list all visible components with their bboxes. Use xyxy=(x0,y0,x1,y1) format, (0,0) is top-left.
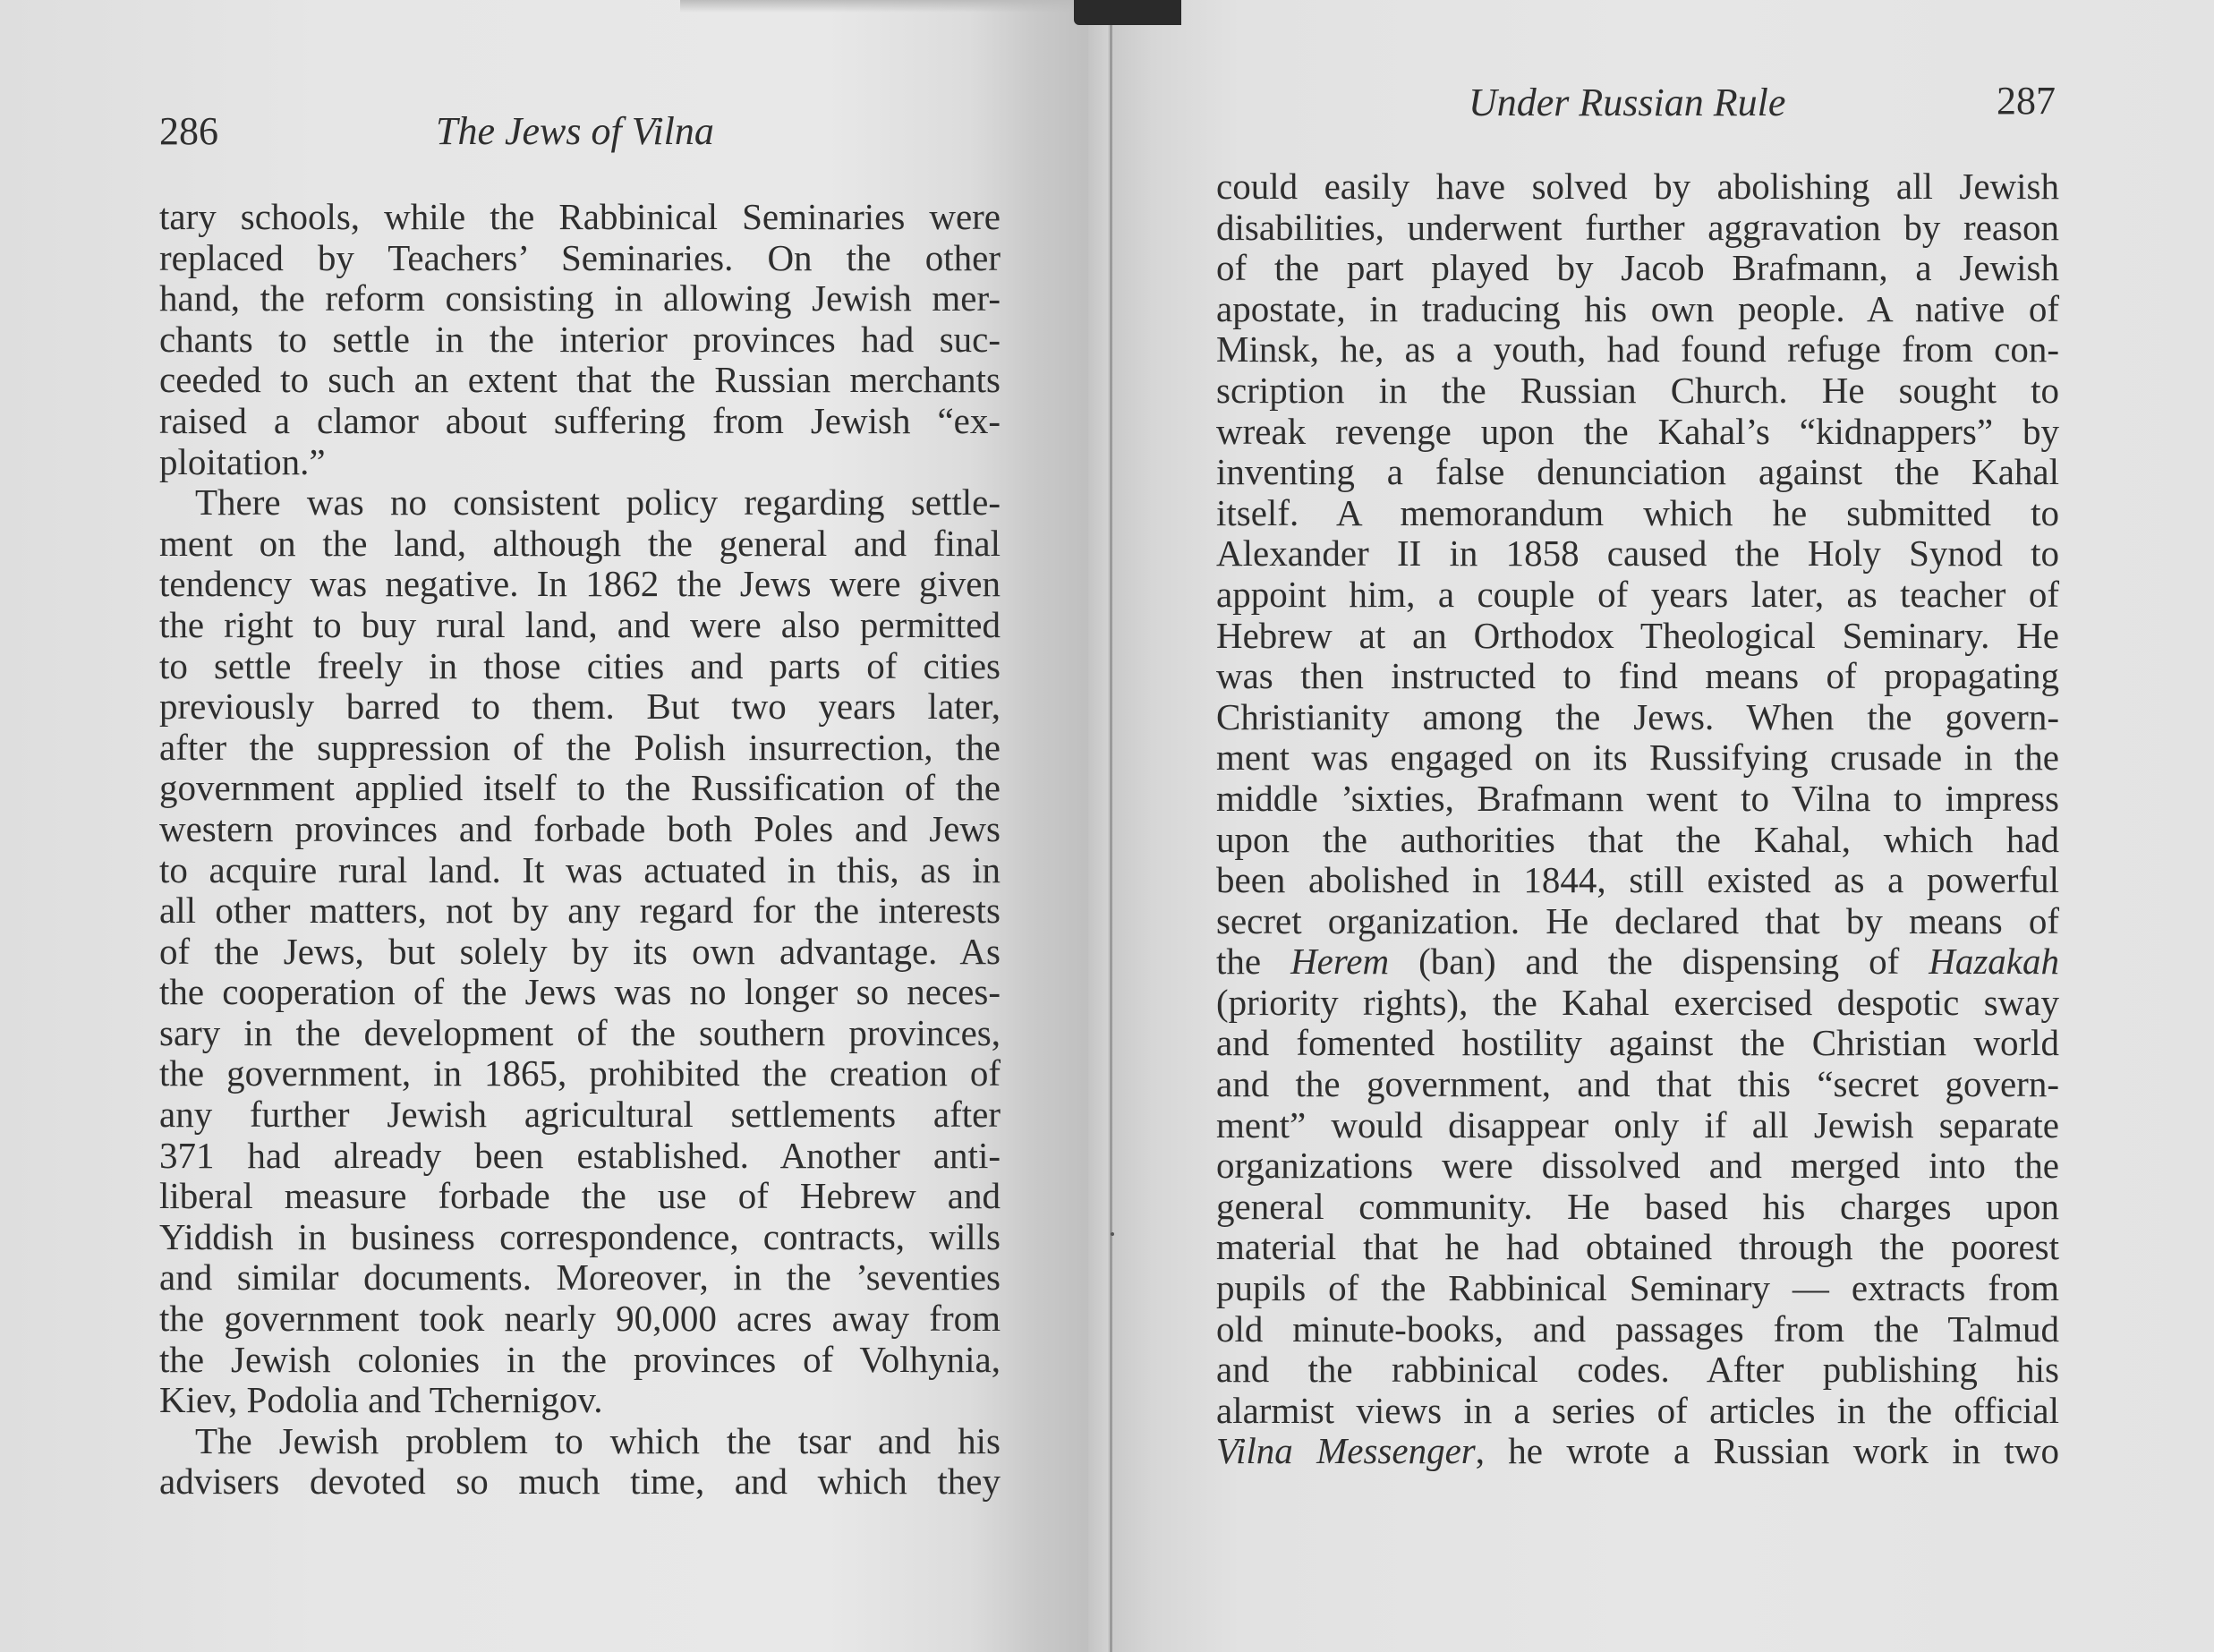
line-text: and fomented hostility against the Chris… xyxy=(1216,1022,2059,1063)
text-line: upon the authorities that the Kahal, whi… xyxy=(1216,820,2059,861)
text-line: ceeded to such an extent that the Russia… xyxy=(159,360,1001,401)
line-text: after the suppression of the Polish insu… xyxy=(159,727,1001,768)
line-text: (ban) and the dispensing of xyxy=(1389,941,1929,982)
right-body-text: could easily have solved by abolishing a… xyxy=(1216,166,2059,1472)
text-line: after the suppression of the Polish insu… xyxy=(159,728,1001,769)
line-text: appoint him, a couple of years later, as… xyxy=(1216,574,2059,615)
line-text: upon the authorities that the Kahal, whi… xyxy=(1216,819,2059,860)
line-text: Yiddish in business correspondence, cont… xyxy=(159,1216,1001,1257)
text-line: all other matters, not by any regard for… xyxy=(159,890,1001,932)
text-line: the right to buy rural land, and were al… xyxy=(159,605,1001,646)
line-text: of the part played by Jacob Brafmann, a … xyxy=(1216,247,2059,288)
line-text: ment on the land, although the general a… xyxy=(159,523,1001,564)
text-line: appoint him, a couple of years later, as… xyxy=(1216,575,2059,616)
text-line: disabilities, underwent further aggravat… xyxy=(1216,208,2059,249)
line-text: material that he had obtained through th… xyxy=(1216,1226,2059,1267)
line-text: secret organization. He declared that by… xyxy=(1216,900,2059,941)
text-line: inventing a false denunciation against t… xyxy=(1216,452,2059,493)
line-text: was then instructed to find means of pro… xyxy=(1216,655,2059,696)
text-line: ploitation.” xyxy=(159,442,1001,483)
text-line: pupils of the Rabbinical Seminary — extr… xyxy=(1216,1268,2059,1309)
italic-term: Hazakah xyxy=(1929,941,2059,982)
text-line: government applied itself to the Russifi… xyxy=(159,768,1001,809)
line-text: and the rabbinical codes. After publishi… xyxy=(1216,1349,2059,1390)
text-line: any further Jewish agricultural settleme… xyxy=(159,1094,1001,1136)
chapter-title: Under Russian Rule xyxy=(1469,81,1785,124)
text-line: previously barred to them. But two years… xyxy=(159,686,1001,728)
line-text: , he wrote a Russian work in two xyxy=(1476,1430,2059,1471)
line-text: apostate, in traducing his own people. A… xyxy=(1216,288,2059,329)
line-text: tendency was negative. In 1862 the Jews … xyxy=(159,563,1001,604)
line-text: all other matters, not by any regard for… xyxy=(159,890,1001,931)
line-text: ment was engaged on its Russifying crusa… xyxy=(1216,737,2059,778)
cover-edge xyxy=(1074,0,1181,25)
line-text: the Jewish colonies in the provinces of … xyxy=(159,1339,1001,1380)
line-text: Hebrew at an Orthodox Theological Semina… xyxy=(1216,615,2059,656)
text-line: the Jewish colonies in the provinces of … xyxy=(159,1340,1001,1381)
line-text: the government, in 1865, prohibited the … xyxy=(159,1052,1001,1094)
line-text: general community. He based his charges … xyxy=(1216,1186,2059,1227)
line-text: to acquire rural land. It was actuated i… xyxy=(159,849,1001,890)
line-text: itself. A memorandum which he submitted … xyxy=(1216,492,2059,533)
text-line: hand, the reform consisting in allowing … xyxy=(159,278,1001,319)
line-text: and similar documents. Moreover, in the … xyxy=(159,1256,1001,1298)
italic-term: Herem xyxy=(1290,941,1389,982)
line-text: the cooperation of the Jews was no longe… xyxy=(159,971,1001,1012)
line-text: the xyxy=(1216,941,1290,982)
text-line: general community. He based his charges … xyxy=(1216,1187,2059,1228)
line-text: tary schools, while the Rabbinical Semin… xyxy=(159,196,1001,237)
line-text: There was no consistent policy regarding… xyxy=(195,481,1001,523)
text-line: ment” would disappear only if all Jewish… xyxy=(1216,1105,2059,1146)
line-text: any further Jewish agricultural settleme… xyxy=(159,1094,1001,1135)
left-page: 286 The Jews of Vilna tary schools, whil… xyxy=(0,0,1101,1652)
text-line: wreak revenge upon the Kahal’s “kidnappe… xyxy=(1216,412,2059,453)
text-line: of the Jews, but solely by its own advan… xyxy=(159,932,1001,973)
text-line: replaced by Teachers’ Seminaries. On the… xyxy=(159,238,1001,279)
line-text: alarmist views in a series of articles i… xyxy=(1216,1390,2059,1431)
text-line: to settle freely in those cities and par… xyxy=(159,646,1001,687)
line-text: organizations were dissolved and merged … xyxy=(1216,1145,2059,1186)
line-text: 371 had already been established. Anothe… xyxy=(159,1135,1001,1176)
text-line: of the part played by Jacob Brafmann, a … xyxy=(1216,248,2059,289)
text-line: ment on the land, although the general a… xyxy=(159,524,1001,565)
right-page: Under Russian Rule 287 could easily have… xyxy=(1108,0,2214,1652)
book-title: The Jews of Vilna xyxy=(436,109,714,153)
line-text: ment” would disappear only if all Jewish… xyxy=(1216,1104,2059,1145)
text-line: (priority rights), the Kahal exercised d… xyxy=(1216,983,2059,1024)
line-text: western provinces and forbade both Poles… xyxy=(159,808,1001,849)
page-top-shadow xyxy=(680,0,1092,13)
line-text: liberal measure forbade the use of Hebre… xyxy=(159,1175,1001,1216)
text-line: and fomented hostility against the Chris… xyxy=(1216,1023,2059,1064)
line-text: Christianity among the Jews. When the go… xyxy=(1216,696,2059,737)
left-page-number: 286 xyxy=(159,109,218,154)
line-text: the right to buy rural land, and were al… xyxy=(159,604,1001,645)
line-text: (priority rights), the Kahal exercised d… xyxy=(1216,982,2059,1023)
line-text: middle ’sixties, Brafmann went to Vilna … xyxy=(1216,778,2059,819)
line-text: ploitation.” xyxy=(159,441,326,482)
text-line: tendency was negative. In 1862 the Jews … xyxy=(159,564,1001,605)
text-line: and similar documents. Moreover, in the … xyxy=(159,1257,1001,1299)
text-line: secret organization. He declared that by… xyxy=(1216,901,2059,942)
text-line: the government, in 1865, prohibited the … xyxy=(159,1053,1001,1094)
text-line: organizations were dissolved and merged … xyxy=(1216,1145,2059,1187)
text-line: been abolished in 1844, still existed as… xyxy=(1216,860,2059,901)
line-text: ceeded to such an extent that the Russia… xyxy=(159,359,1001,400)
line-text: and the government, and that this “secre… xyxy=(1216,1063,2059,1104)
text-line: Yiddish in business correspondence, cont… xyxy=(159,1217,1001,1258)
line-text: sary in the development of the southern … xyxy=(159,1012,1001,1053)
line-text: inventing a false denunciation against t… xyxy=(1216,451,2059,492)
text-line: Kiev, Podolia and Tchernigov. xyxy=(159,1380,1001,1421)
text-line: the Herem (ban) and the dispensing of Ha… xyxy=(1216,941,2059,983)
left-running-title: The Jews of Vilna xyxy=(436,109,714,154)
text-line: material that he had obtained through th… xyxy=(1216,1227,2059,1268)
line-text: pupils of the Rabbinical Seminary — extr… xyxy=(1216,1267,2059,1308)
text-line: sary in the development of the southern … xyxy=(159,1013,1001,1054)
line-text: The Jewish problem to which the tsar and… xyxy=(195,1420,1001,1461)
text-line: was then instructed to find means of pro… xyxy=(1216,656,2059,697)
text-line: middle ’sixties, Brafmann went to Vilna … xyxy=(1216,779,2059,820)
paper-speck xyxy=(1111,1232,1114,1236)
line-text: previously barred to them. But two years… xyxy=(159,685,1001,727)
text-line: the government took nearly 90,000 acres … xyxy=(159,1299,1001,1340)
text-line: apostate, in traducing his own people. A… xyxy=(1216,289,2059,330)
text-line: to acquire rural land. It was actuated i… xyxy=(159,850,1001,891)
line-text: chants to settle in the interior provinc… xyxy=(159,319,1001,360)
text-line: The Jewish problem to which the tsar and… xyxy=(159,1421,1001,1462)
line-text: wreak revenge upon the Kahal’s “kidnappe… xyxy=(1216,411,2059,452)
italic-term: Vilna Messenger xyxy=(1216,1430,1476,1471)
text-line: raised a clamor about suffering from Jew… xyxy=(159,401,1001,442)
line-text: hand, the reform consisting in allowing … xyxy=(159,277,1001,319)
line-text: raised a clamor about suffering from Jew… xyxy=(159,400,1001,441)
text-line: scription in the Russian Church. He soug… xyxy=(1216,370,2059,412)
right-running-title: Under Russian Rule xyxy=(1469,81,1785,125)
line-text: the government took nearly 90,000 acres … xyxy=(159,1298,1001,1339)
text-line: could easily have solved by abolishing a… xyxy=(1216,166,2059,208)
text-line: Vilna Messenger, he wrote a Russian work… xyxy=(1216,1431,2059,1472)
line-text: replaced by Teachers’ Seminaries. On the… xyxy=(159,237,1001,278)
line-text: Kiev, Podolia and Tchernigov. xyxy=(159,1379,602,1420)
text-line: and the government, and that this “secre… xyxy=(1216,1064,2059,1105)
text-line: Minsk, he, as a youth, had found refuge … xyxy=(1216,329,2059,370)
text-line: alarmist views in a series of articles i… xyxy=(1216,1391,2059,1432)
text-line: and the rabbinical codes. After publishi… xyxy=(1216,1350,2059,1391)
line-text: government applied itself to the Russifi… xyxy=(159,767,1001,808)
text-line: Hebrew at an Orthodox Theological Semina… xyxy=(1216,616,2059,657)
text-line: the cooperation of the Jews was no longe… xyxy=(159,972,1001,1013)
text-line: old minute-books, and passages from the … xyxy=(1216,1309,2059,1350)
line-text: old minute-books, and passages from the … xyxy=(1216,1308,2059,1350)
text-line: itself. A memorandum which he submitted … xyxy=(1216,493,2059,534)
line-text: been abolished in 1844, still existed as… xyxy=(1216,859,2059,900)
line-text: to settle freely in those cities and par… xyxy=(159,645,1001,686)
line-text: could easily have solved by abolishing a… xyxy=(1216,166,2059,207)
text-line: Alexander II in 1858 caused the Holy Syn… xyxy=(1216,533,2059,575)
line-text: of the Jews, but solely by its own advan… xyxy=(159,931,1001,972)
text-line: 371 had already been established. Anothe… xyxy=(159,1136,1001,1177)
right-page-number: 287 xyxy=(1997,79,2056,123)
text-line: western provinces and forbade both Poles… xyxy=(159,809,1001,850)
text-line: Christianity among the Jews. When the go… xyxy=(1216,697,2059,738)
book-spread: 286 The Jews of Vilna tary schools, whil… xyxy=(0,0,2214,1652)
line-text: scription in the Russian Church. He soug… xyxy=(1216,370,2059,411)
line-text: disabilities, underwent further aggravat… xyxy=(1216,207,2059,248)
text-line: There was no consistent policy regarding… xyxy=(159,482,1001,524)
line-text: Minsk, he, as a youth, had found refuge … xyxy=(1216,328,2059,370)
text-line: tary schools, while the Rabbinical Semin… xyxy=(159,197,1001,238)
book-spine-line xyxy=(1110,23,1112,1652)
text-line: advisers devoted so much time, and which… xyxy=(159,1461,1001,1503)
line-text: Alexander II in 1858 caused the Holy Syn… xyxy=(1216,532,2059,574)
left-body-text: tary schools, while the Rabbinical Semin… xyxy=(159,197,1001,1503)
line-text: advisers devoted so much time, and which… xyxy=(159,1460,1001,1502)
text-line: liberal measure forbade the use of Hebre… xyxy=(159,1176,1001,1217)
text-line: ment was engaged on its Russifying crusa… xyxy=(1216,737,2059,779)
gutter-fold xyxy=(1088,25,1108,1652)
text-line: chants to settle in the interior provinc… xyxy=(159,319,1001,361)
